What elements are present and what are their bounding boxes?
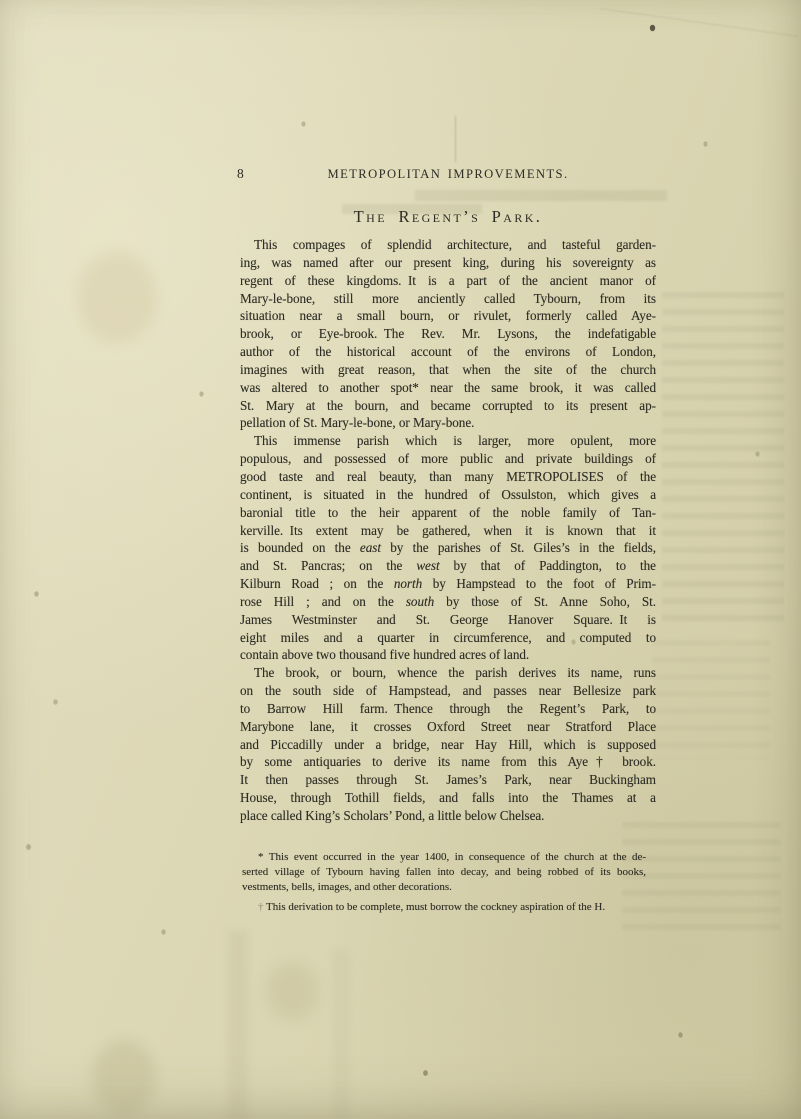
text-line: continent, is situated in the hundred of…	[240, 486, 656, 504]
text-line: It then passes through St. James’s Park,…	[240, 771, 656, 789]
text-line: serted village of Tybourn having fallen …	[242, 865, 646, 880]
body-text: This compages of splendid architecture, …	[240, 236, 656, 825]
text-line: contain above two thousand five hundred …	[240, 646, 656, 664]
text-line: by some antiquaries to derive its name f…	[240, 753, 656, 771]
text-line: good taste and real beauty, than many ME…	[240, 468, 656, 486]
text-line: on the south side of Hampstead, and pass…	[240, 682, 656, 700]
text-line: was altered to another spot* near the sa…	[240, 379, 656, 397]
text-line: baronial title to the heir apparent of t…	[240, 504, 656, 522]
paper-stain	[334, 950, 349, 1119]
text-line: vestments, bells, images, and other deco…	[242, 880, 646, 895]
paper-stain	[78, 252, 156, 342]
text-line: regent of these kingdoms. It is a part o…	[240, 272, 656, 290]
paragraph: This immense parish which is larger, mor…	[240, 432, 656, 664]
text-line: This immense parish which is larger, mor…	[240, 432, 656, 450]
text-line: author of the historical account of the …	[240, 343, 656, 361]
text-line: populous, and possessed of more public a…	[240, 450, 656, 468]
text-line: Kilburn Road ; on the north by Hampstead…	[240, 575, 656, 593]
text-line: imagines with great reason, that when th…	[240, 361, 656, 379]
text-line: eight miles and a quarter in circumferen…	[240, 629, 656, 647]
text-line: * This event occurred in the year 1400, …	[242, 850, 646, 865]
show-through-mark	[662, 292, 784, 622]
book-page-scan: 8 METROPOLITAN IMPROVEMENTS. The Regent’…	[0, 0, 801, 1119]
text-line: and St. Pancras; on the west by that of …	[240, 557, 656, 575]
footnote-2: † This derivation to be complete, must b…	[242, 900, 646, 915]
text-line: and Piccadilly under a bridge, near Hay …	[240, 736, 656, 754]
text-line: House, through Tothill fields, and falls…	[240, 789, 656, 807]
text-line: brook, or Eye-brook. The Rev. Mr. Lysons…	[240, 325, 656, 343]
text-line: place called King’s Scholars’ Pond, a li…	[240, 807, 656, 825]
text-line: ing, was named after our present king, d…	[240, 254, 656, 272]
paragraph: This compages of splendid architecture, …	[240, 236, 656, 432]
paragraph: The brook, or bourn, whence the parish d…	[240, 664, 656, 825]
text-line: Marybone lane, it crosses Oxford Street …	[240, 718, 656, 736]
text-line: James Westminster and St. George Hanover…	[240, 611, 656, 629]
paper-stain	[266, 962, 318, 1020]
text-line: to Barrow Hill farm. Thence through the …	[240, 700, 656, 718]
paper-crease	[455, 116, 456, 162]
paper-crease	[600, 8, 798, 37]
show-through-mark	[652, 640, 770, 760]
running-title: METROPOLITAN IMPROVEMENTS.	[240, 167, 656, 182]
text-line: pellation of St. Mary-le-bone, or Mary-b…	[240, 414, 656, 432]
section-heading: The Regent’s Park.	[240, 207, 656, 227]
text-line: St. Mary at the bourn, and became corrup…	[240, 397, 656, 415]
text-line: is bounded on the east by the parishes o…	[240, 539, 656, 557]
text-line: The brook, or bourn, whence the parish d…	[240, 664, 656, 682]
show-through-mark	[415, 190, 667, 201]
text-line: Mary-le-bone, still more anciently calle…	[240, 290, 656, 308]
paper-stain	[92, 1040, 156, 1114]
paper-stain	[228, 930, 248, 1119]
text-line: rose Hill ; and on the south by those of…	[240, 593, 656, 611]
ink-speck	[0, 0, 3, 4]
text-line: kerville. Its extent may be gathered, wh…	[240, 522, 656, 540]
text-line: This compages of splendid architecture, …	[240, 236, 656, 254]
text-line: † This derivation to be complete, must b…	[242, 900, 646, 915]
footnote-1: * This event occurred in the year 1400, …	[242, 850, 646, 895]
text-line: situation near a small bourn, or rivulet…	[240, 307, 656, 325]
